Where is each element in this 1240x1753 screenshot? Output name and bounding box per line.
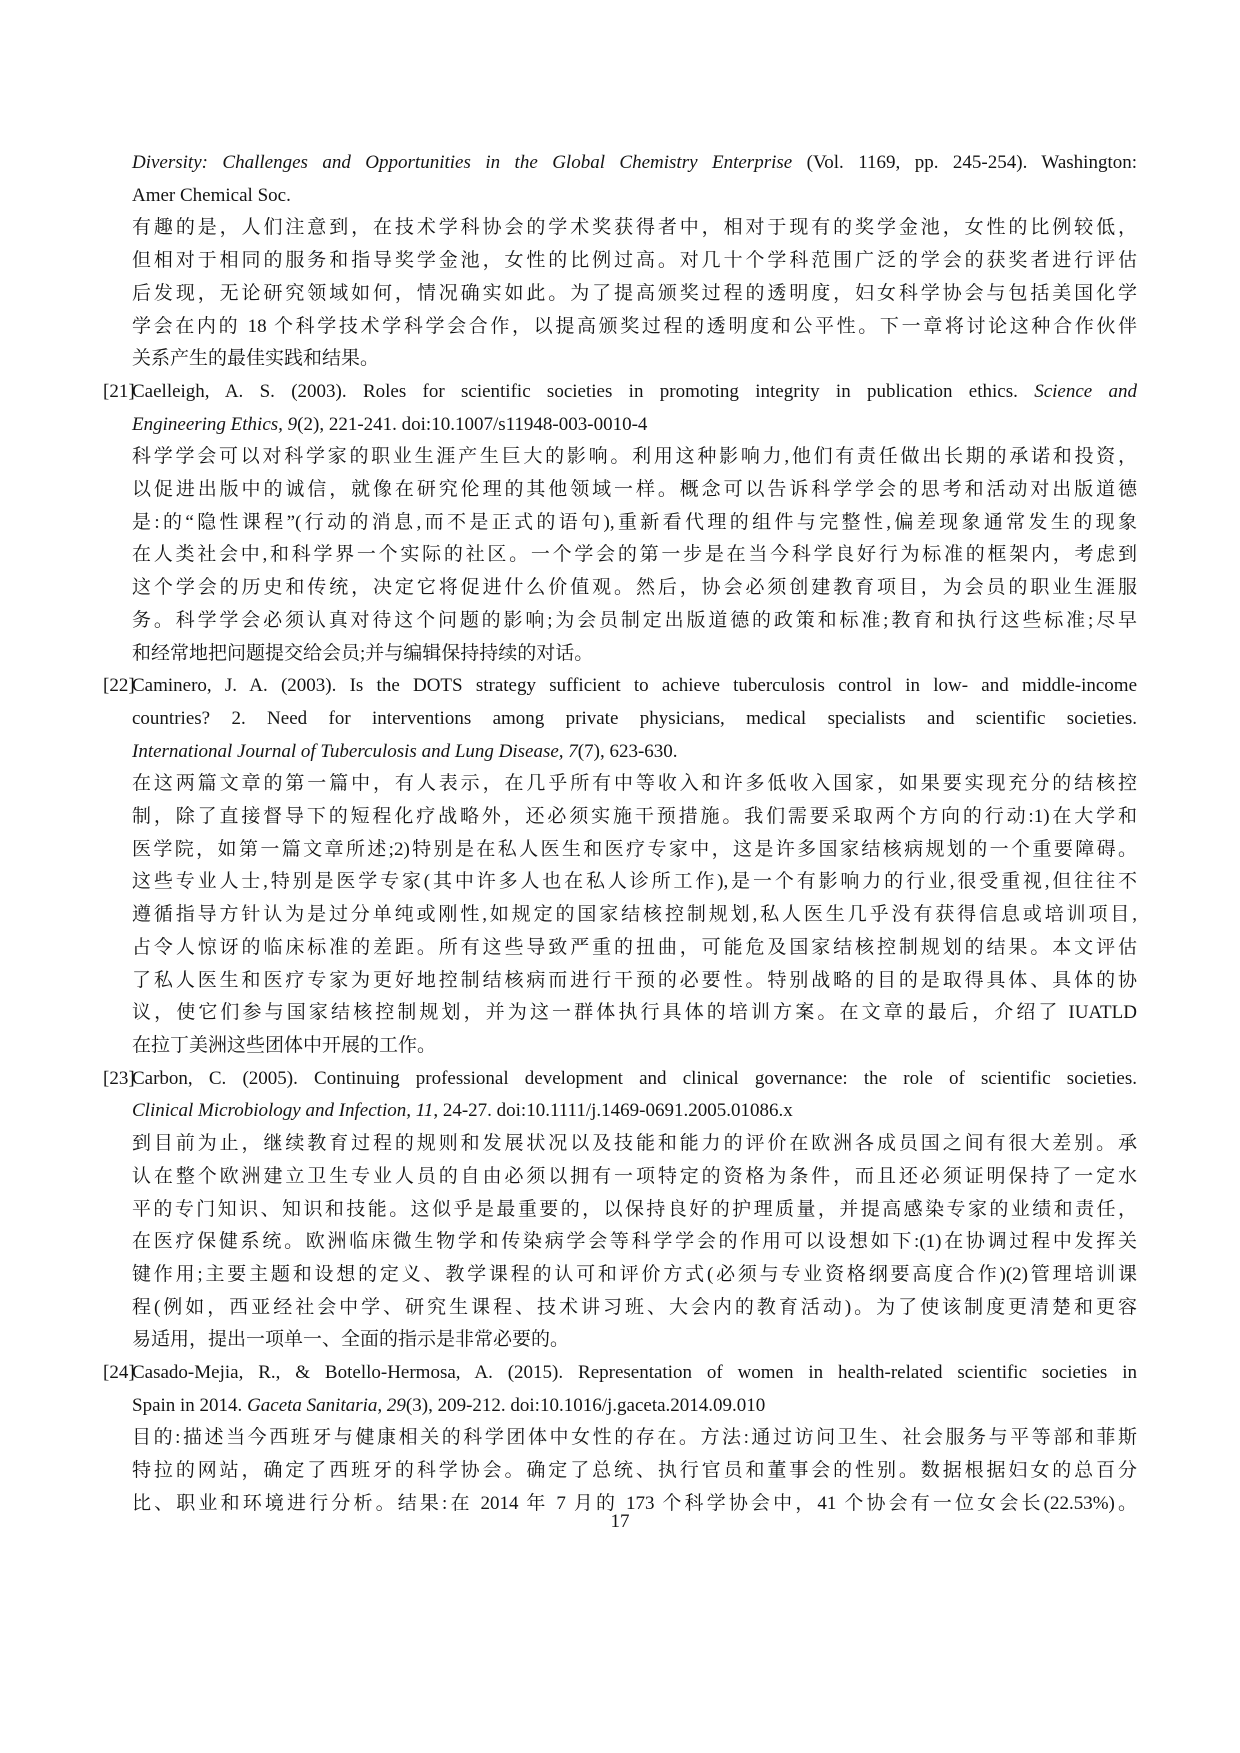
text-run: 易适用，提出一项单一、全面的指示是非常必要的。	[132, 1329, 569, 1350]
text-line: 这个学会的历史和传统，决定它将促进什么价值观。然后，协会必须创建教育项目，为会员…	[132, 572, 1137, 605]
text-line: Carbon, C. (2005). Continuing profession…	[132, 1063, 1137, 1096]
text-line: 易适用，提出一项单一、全面的指示是非常必要的。	[132, 1324, 1137, 1357]
text-line: 了私人医生和医疗专家为更好地控制结核病而进行干预的必要性。特别战略的目的是取得具…	[132, 965, 1137, 998]
text-run: 在这两篇文章的第一篇中，有人表示，在几乎所有中等收入和许多低收入国家，如果要实现…	[132, 773, 1137, 794]
text-run: 程(例如，西亚经社会中学、研究生课程、技术讲习班、大会内的教育活动)。为了使该制…	[132, 1297, 1137, 1318]
text-run: 平的专门知识、知识和技能。这似乎是最重要的，以保持良好的护理质量，并提高感染专家…	[132, 1199, 1137, 1220]
italic-text-run: Clinical Microbiology and Infection, 11	[132, 1100, 433, 1121]
text-run: (3), 209-212. doi:10.1016/j.gaceta.2014.…	[406, 1395, 765, 1416]
text-run: (2), 221-241. doi:10.1007/s11948-003-001…	[297, 414, 647, 435]
text-line: 有趣的是，人们注意到，在技术学科协会的学术奖获得者中，相对于现有的奖学金池，女性…	[132, 212, 1137, 245]
text-run: 和经常地把问题提交给会员;并与编辑保持持续的对话。	[132, 643, 593, 664]
text-run: 认在整个欧洲建立卫生专业人员的自由必须以拥有一项特定的资格为条件，而且还必须证明…	[132, 1166, 1137, 1187]
reference-number: [22]	[103, 670, 135, 703]
text-line: 在这两篇文章的第一篇中，有人表示，在几乎所有中等收入和许多低收入国家，如果要实现…	[132, 768, 1137, 801]
text-line: 医学院，如第一篇文章所述;2)特别是在私人医生和医疗专家中，这是许多国家结核病规…	[132, 834, 1137, 867]
page-number: 17	[0, 1507, 1240, 1537]
text-run: (Vol. 1169, pp. 245-254). Washington:	[792, 152, 1137, 173]
text-line: 目的:描述当今西班牙与健康相关的科学团体中女性的存在。方法:通过访问卫生、社会服…	[132, 1422, 1137, 1455]
text-line: 特拉的网站，确定了西班牙的科学协会。确定了总统、执行官员和董事会的性别。数据根据…	[132, 1455, 1137, 1488]
reference-continuation: Diversity: Challenges and Opportunities …	[103, 147, 1137, 376]
text-line: 务。科学学会必须认真对待这个问题的影响;为会员制定出版道德的政策和标准;教育和执…	[132, 605, 1137, 638]
reference-list: Diversity: Challenges and Opportunities …	[103, 147, 1137, 1521]
text-run: Casado-Mejia, R., & Botello-Hermosa, A. …	[132, 1362, 1137, 1383]
text-run: 目的:描述当今西班牙与健康相关的科学团体中女性的存在。方法:通过访问卫生、社会服…	[132, 1427, 1137, 1448]
text-line: 以促进出版中的诚信，就像在研究伦理的其他领域一样。概念可以告诉科学学会的思考和活…	[132, 474, 1137, 507]
text-line: 平的专门知识、知识和技能。这似乎是最重要的，以保持良好的护理质量，并提高感染专家…	[132, 1194, 1137, 1227]
reference-entry: [23]Carbon, C. (2005). Continuing profes…	[103, 1063, 1137, 1357]
text-line: 和经常地把问题提交给会员;并与编辑保持持续的对话。	[132, 638, 1137, 671]
text-line: 程(例如，西亚经社会中学、研究生课程、技术讲习班、大会内的教育活动)。为了使该制…	[132, 1292, 1137, 1325]
text-line: Diversity: Challenges and Opportunities …	[132, 147, 1137, 180]
text-line: 认在整个欧洲建立卫生专业人员的自由必须以拥有一项特定的资格为条件，而且还必须证明…	[132, 1161, 1137, 1194]
text-run: countries? 2. Need for interventions amo…	[132, 708, 1137, 729]
text-line: 但相对于相同的服务和指导奖学金池，女性的比例过高。对几十个学科范围广泛的学会的获…	[132, 245, 1137, 278]
text-run: 到目前为止，继续教育过程的规则和发展状况以及技能和能力的评价在欧洲各成员国之间有…	[132, 1133, 1137, 1154]
text-run: 务。科学学会必须认真对待这个问题的影响;为会员制定出版道德的政策和标准;教育和执…	[132, 610, 1137, 631]
italic-text-run: Diversity: Challenges and Opportunities …	[132, 152, 792, 173]
italic-text-run: International Journal of Tuberculosis an…	[132, 741, 578, 762]
text-line: Amer Chemical Soc.	[132, 180, 1137, 213]
italic-text-run: Science and	[1034, 381, 1137, 402]
text-run: 在人类社会中,和科学界一个实际的社区。一个学会的第一步是在当今科学良好行为标准的…	[132, 544, 1137, 565]
reference-number: [23]	[103, 1063, 135, 1096]
text-run: 但相对于相同的服务和指导奖学金池，女性的比例过高。对几十个学科范围广泛的学会的获…	[132, 250, 1137, 271]
text-run: Carbon, C. (2005). Continuing profession…	[132, 1068, 1137, 1089]
text-run: 这个学会的历史和传统，决定它将促进什么价值观。然后，协会必须创建教育项目，为会员…	[132, 577, 1137, 598]
text-run: Caminero, J. A. (2003). Is the DOTS stra…	[132, 675, 1137, 696]
text-run: Caelleigh, A. S. (2003). Roles for scien…	[132, 381, 1034, 402]
text-run: 在医疗保健系统。欧洲临床微生物学和传染病学会等科学学会的作用可以设想如下:(1)…	[132, 1231, 1137, 1252]
text-run: 制，除了直接督导下的短程化疗战略外，还必须实施干预措施。我们需要采取两个方向的行…	[132, 806, 1137, 827]
text-line: 这些专业人士,特别是医学专家(其中许多人也在私人诊所工作),是一个有影响力的行业…	[132, 866, 1137, 899]
text-line: Casado-Mejia, R., & Botello-Hermosa, A. …	[132, 1357, 1137, 1390]
reference-entry: [24]Casado-Mejia, R., & Botello-Hermosa,…	[103, 1357, 1137, 1521]
text-run: (7), 623-630.	[578, 741, 678, 762]
text-run: Amer Chemical Soc.	[132, 185, 291, 206]
text-line: 后发现，无论研究领域如何，情况确实如此。为了提高颁奖过程的透明度，妇女科学协会与…	[132, 278, 1137, 311]
reference-entry: [21]Caelleigh, A. S. (2003). Roles for s…	[103, 376, 1137, 670]
text-run: 这些专业人士,特别是医学专家(其中许多人也在私人诊所工作),是一个有影响力的行业…	[132, 871, 1137, 892]
text-line: 学会在内的 18 个科学技术学科学会合作，以提高颁奖过程的透明度和公平性。下一章…	[132, 311, 1137, 344]
text-line: Engineering Ethics, 9(2), 221-241. doi:1…	[132, 409, 1137, 442]
text-line: 在医疗保健系统。欧洲临床微生物学和传染病学会等科学学会的作用可以设想如下:(1)…	[132, 1226, 1137, 1259]
text-run: 有趣的是，人们注意到，在技术学科协会的学术奖获得者中，相对于现有的奖学金池，女性…	[132, 217, 1137, 238]
text-line: International Journal of Tuberculosis an…	[132, 736, 1137, 769]
italic-text-run: Gaceta Sanitaria, 29	[247, 1395, 406, 1416]
text-run: Spain in 2014.	[132, 1395, 247, 1416]
text-line: 制，除了直接督导下的短程化疗战略外，还必须实施干预措施。我们需要采取两个方向的行…	[132, 801, 1137, 834]
document-page: Diversity: Challenges and Opportunities …	[0, 0, 1240, 1753]
text-run: 医学院，如第一篇文章所述;2)特别是在私人医生和医疗专家中，这是许多国家结核病规…	[132, 839, 1137, 860]
text-line: 在拉丁美洲这些团体中开展的工作。	[132, 1030, 1137, 1063]
text-run: , 24-27. doi:10.1111/j.1469-0691.2005.01…	[433, 1100, 792, 1121]
text-run: 以促进出版中的诚信，就像在研究伦理的其他领域一样。概念可以告诉科学学会的思考和活…	[132, 479, 1137, 500]
text-line: Caminero, J. A. (2003). Is the DOTS stra…	[132, 670, 1137, 703]
text-run: 关系产生的最佳实践和结果。	[132, 348, 379, 369]
text-line: Caelleigh, A. S. (2003). Roles for scien…	[132, 376, 1137, 409]
text-run: 议，使它们参与国家结核控制规划，并为这一群体执行具体的培训方案。在文章的最后，介…	[132, 1002, 1137, 1023]
text-line: Spain in 2014. Gaceta Sanitaria, 29(3), …	[132, 1390, 1137, 1423]
text-run: 后发现，无论研究领域如何，情况确实如此。为了提高颁奖过程的透明度，妇女科学协会与…	[132, 283, 1137, 304]
text-line: Clinical Microbiology and Infection, 11,…	[132, 1095, 1137, 1128]
text-line: 键作用;主要主题和设想的定义、教学课程的认可和评价方式(必须与专业资格纲要高度合…	[132, 1259, 1137, 1292]
italic-text-run: Engineering Ethics, 9	[132, 414, 297, 435]
text-line: 是:的“隐性课程”(行动的消息,而不是正式的语句),重新看代理的组件与完整性,偏…	[132, 507, 1137, 540]
text-run: 学会在内的 18 个科学技术学科学会合作，以提高颁奖过程的透明度和公平性。下一章…	[132, 316, 1137, 337]
text-line: countries? 2. Need for interventions amo…	[132, 703, 1137, 736]
reference-number: [24]	[103, 1357, 135, 1390]
reference-number: [21]	[103, 376, 135, 409]
text-run: 特拉的网站，确定了西班牙的科学协会。确定了总统、执行官员和董事会的性别。数据根据…	[132, 1460, 1137, 1481]
text-run: 了私人医生和医疗专家为更好地控制结核病而进行干预的必要性。特别战略的目的是取得具…	[132, 970, 1137, 991]
text-run: 科学学会可以对科学家的职业生涯产生巨大的影响。利用这种影响力,他们有责任做出长期…	[132, 446, 1137, 467]
text-run: 占令人惊讶的临床标准的差距。所有这些导致严重的扭曲，可能危及国家结核控制规划的结…	[132, 937, 1137, 958]
text-line: 占令人惊讶的临床标准的差距。所有这些导致严重的扭曲，可能危及国家结核控制规划的结…	[132, 932, 1137, 965]
text-run: 遵循指导方针认为是过分单纯或刚性,如规定的国家结核控制规划,私人医生几乎没有获得…	[132, 904, 1137, 925]
text-line: 到目前为止，继续教育过程的规则和发展状况以及技能和能力的评价在欧洲各成员国之间有…	[132, 1128, 1137, 1161]
reference-entry: [22]Caminero, J. A. (2003). Is the DOTS …	[103, 670, 1137, 1062]
text-line: 议，使它们参与国家结核控制规划，并为这一群体执行具体的培训方案。在文章的最后，介…	[132, 997, 1137, 1030]
text-run: 在拉丁美洲这些团体中开展的工作。	[132, 1035, 436, 1056]
text-line: 在人类社会中,和科学界一个实际的社区。一个学会的第一步是在当今科学良好行为标准的…	[132, 539, 1137, 572]
text-line: 科学学会可以对科学家的职业生涯产生巨大的影响。利用这种影响力,他们有责任做出长期…	[132, 441, 1137, 474]
text-run: 是:的“隐性课程”(行动的消息,而不是正式的语句),重新看代理的组件与完整性,偏…	[132, 512, 1137, 533]
text-line: 遵循指导方针认为是过分单纯或刚性,如规定的国家结核控制规划,私人医生几乎没有获得…	[132, 899, 1137, 932]
text-run: 键作用;主要主题和设想的定义、教学课程的认可和评价方式(必须与专业资格纲要高度合…	[132, 1264, 1137, 1285]
text-line: 关系产生的最佳实践和结果。	[132, 343, 1137, 376]
